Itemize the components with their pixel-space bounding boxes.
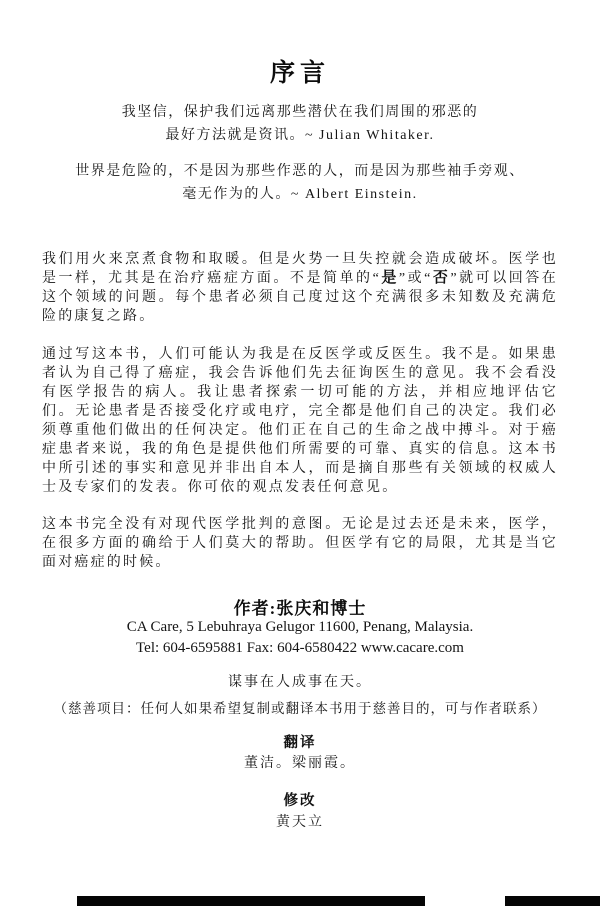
epigraph-line-attribution: 毫无作为的人。~ Albert Einstein.: [30, 183, 570, 206]
author-address: CA Care, 5 Lebuhraya Gelugor 11600, Pena…: [0, 619, 600, 636]
charity-project-note: （慈善项目：任何人如果希望复制或翻译本书用于慈善目的，可与作者联系）: [0, 697, 600, 717]
emphasized-word-yes: 是: [381, 270, 399, 286]
epigraph-line-attribution: 最好方法就是资讯。~ Julian Whitaker.: [30, 124, 570, 147]
paragraph-text: ”或“: [399, 271, 433, 286]
epigraph-line: 我坚信，保护我们远离那些潜伏在我们周围的邪恶的: [30, 101, 570, 124]
scan-artifact-bar-right: [505, 896, 600, 906]
page-title: 序言: [0, 53, 600, 89]
epigraph-line: 世界是危险的，不是因为那些作恶的人，而是因为那些袖手旁观、: [30, 160, 570, 183]
epigraph-einstein: 世界是危险的，不是因为那些作恶的人，而是因为那些袖手旁观、 毫无作为的人。~ A…: [30, 160, 570, 206]
translation-heading: 翻译: [0, 731, 600, 752]
author-byline: 作者:张庆和博士: [0, 594, 600, 619]
emphasized-word-no: 否: [433, 270, 451, 286]
motto-line: 谋事在人成事在天。: [0, 671, 600, 691]
body-paragraph-author-stance: 通过写这本书，人们可能认为我是在反医学或反医生。我不是。如果患者认为自己得了癌症…: [42, 345, 558, 497]
epigraph-whitaker: 我坚信，保护我们远离那些潜伏在我们周围的邪恶的 最好方法就是资讯。~ Julia…: [30, 101, 570, 147]
revisor-name: 黄天立: [0, 811, 600, 831]
body-paragraph-fire-medicine: 我们用火来烹煮食物和取暖。但是火势一旦失控就会造成破坏。医学也是一样，尤其是在治…: [42, 250, 558, 326]
author-contact: Tel: 604-6595881 Fax: 604-6580422 www.ca…: [0, 640, 600, 657]
revision-heading: 修改: [0, 789, 600, 810]
body-paragraph-medicine-limits: 这本书完全没有对现代医学批判的意图。无论是过去还是未来，医学，在很多方面的确给于…: [42, 515, 558, 572]
scan-artifact-bar-left: [77, 896, 425, 906]
translator-names: 董洁。梁丽霞。: [0, 752, 600, 772]
preface-page: 序言 我坚信，保护我们远离那些潜伏在我们周围的邪恶的 最好方法就是资讯。~ Ju…: [0, 0, 600, 910]
